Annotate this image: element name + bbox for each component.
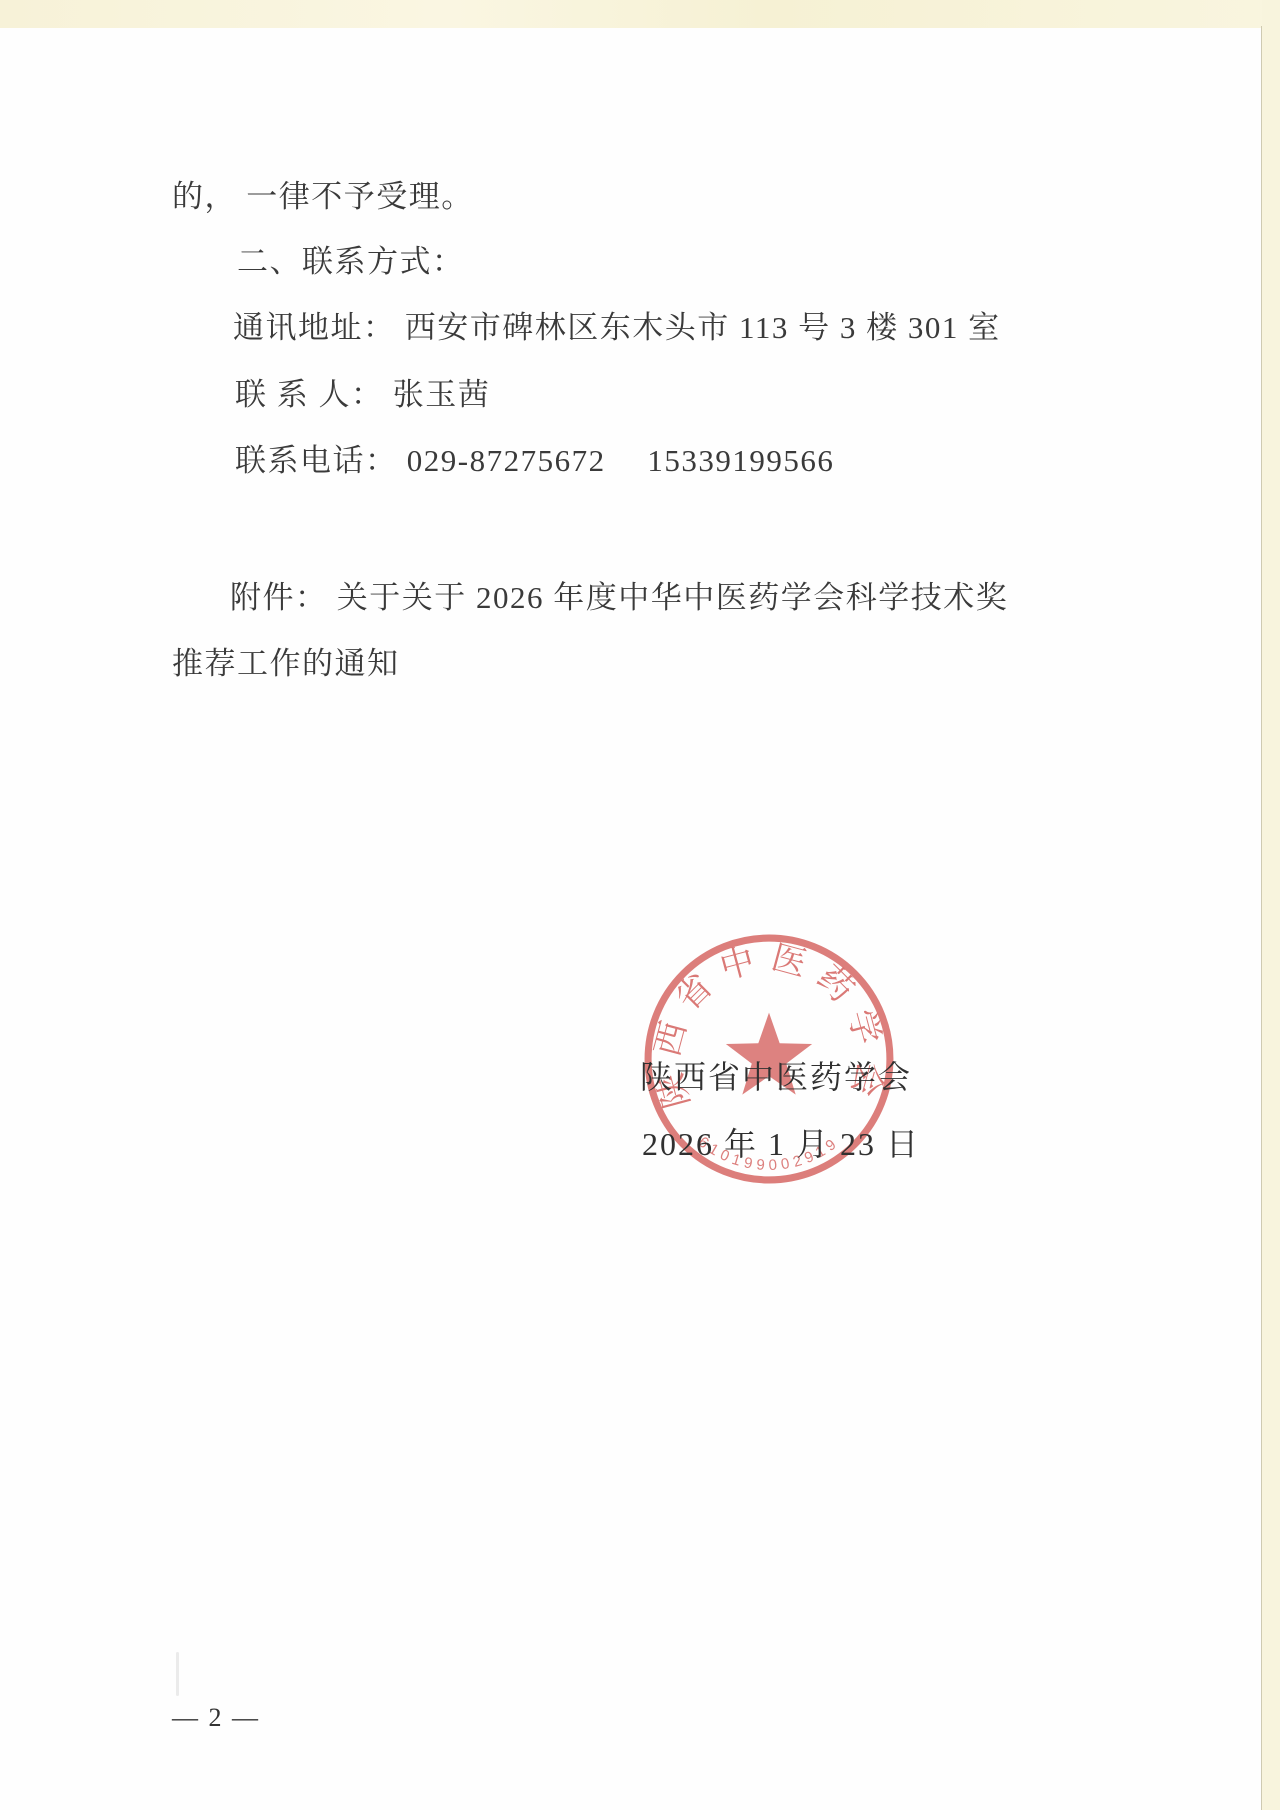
attachment-line-1: 附件： 关于关于 2026 年度中华中医药学会科学技术奖	[230, 579, 1008, 618]
contact-phone-line: 联系电话： 029-87275672 15339199566	[235, 442, 834, 481]
scan-border-right	[1262, 0, 1280, 1810]
section-heading-contact: 二、联系方式：	[237, 243, 465, 282]
scan-border-top	[0, 0, 1280, 28]
contact-person-line: 联 系 人： 张玉茜	[235, 376, 490, 415]
attachment-line-2: 推荐工作的通知	[172, 645, 400, 684]
contact-address-line: 通讯地址： 西安市碑林区东木头市 113 号 3 楼 301 室	[233, 309, 1001, 348]
scan-smudge	[176, 1652, 179, 1696]
signature-organization: 陕西省中医药学会	[640, 1052, 912, 1098]
paragraph-refusal-line: 的， 一律不予受理。	[172, 178, 474, 217]
scanned-document-page: { "content": { "line_refusal": "的， 一律不予受…	[0, 0, 1280, 1810]
page-number: — 2 —	[172, 1703, 260, 1733]
signature-date: 2026 年 1 月 23 日	[642, 1119, 920, 1165]
scan-edge-line	[1261, 26, 1262, 1810]
